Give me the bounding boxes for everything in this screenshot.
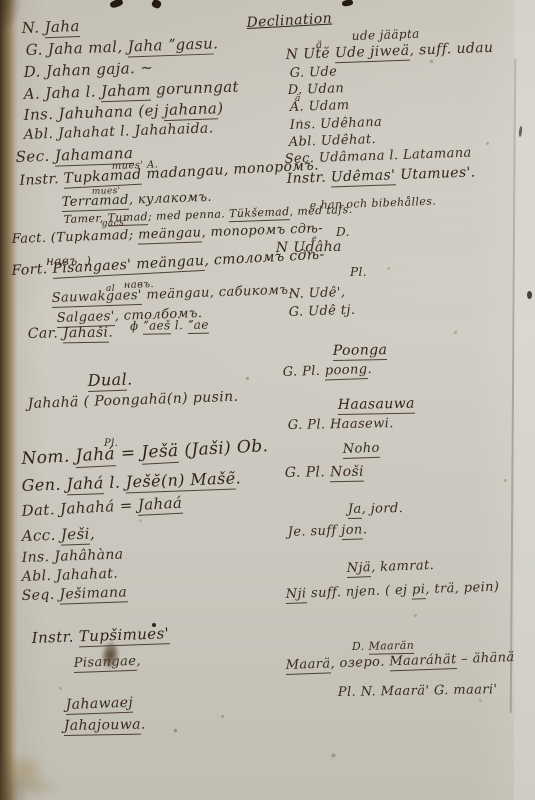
annotation: ä <box>316 40 322 51</box>
page-edge-strip <box>514 0 535 800</box>
annotation: ude jääpta <box>352 28 420 44</box>
manuscript-line: N Udâha <box>276 240 342 257</box>
book-binding-edge <box>0 0 18 800</box>
annotation: ä <box>295 95 301 105</box>
ink-dot <box>527 291 532 299</box>
manuscript-line: Noho <box>343 442 380 458</box>
manuscript-line: Je. suff jon. <box>288 523 368 540</box>
manuscript-line: Njä, kamrat. <box>347 559 435 576</box>
manuscript-line: D. <box>336 226 350 239</box>
annotation: mues' A. <box>112 159 159 172</box>
manuscript-line: Haasauwa <box>338 397 415 414</box>
manuscript-line: Seq. Ješimana <box>21 585 127 604</box>
manuscript-line: ɸ ˮaeš l. ˮae <box>130 319 209 334</box>
annotation: Pl. <box>104 438 118 449</box>
annotation: gacs' <box>102 219 128 230</box>
manuscript-line: Abl. Udêhat. <box>289 133 377 150</box>
annotation: e <box>312 235 317 244</box>
paper-stain <box>0 772 80 800</box>
manuscript-line: Jahawaej <box>65 696 133 714</box>
manuscript-line: G. Ude <box>290 65 338 81</box>
manuscript-line: G. Pl. Haasewi. <box>288 417 394 433</box>
paper-speckles <box>0 0 1 1</box>
manuscript-line: N. Jaha <box>21 18 80 37</box>
manuscript-line: Pl. N. Maarä' G. maari' <box>338 683 498 700</box>
manuscript-line: Car. Jahaši. <box>28 326 114 343</box>
manuscript-line: G. Pl. poong. <box>283 363 373 380</box>
manuscript-line: G. Udê tj. <box>289 304 356 321</box>
manuscript-line: N. Udê', <box>289 286 346 302</box>
manuscript-line: D. Maarän <box>352 640 415 653</box>
manuscript-line: Jahajouwa. <box>64 718 146 735</box>
manuscript-photo: Declination N. Jaha G. Jaha mal, Jaha ˮg… <box>0 0 535 800</box>
manuscript-line: G. Pl. Noši <box>285 465 364 482</box>
manuscript-line: Pl. <box>350 266 367 279</box>
annotation: навъ. <box>124 279 155 291</box>
annotation: al <box>106 285 115 295</box>
manuscript-line: Acc. Ješi, <box>21 525 95 544</box>
dual-heading: Dual. <box>87 370 132 389</box>
manuscript-line: Instr. Tupšimues' <box>31 625 169 646</box>
manuscript-line: Poonga <box>333 343 388 359</box>
ink-dot <box>152 623 156 627</box>
annotation: mues' <box>92 187 121 198</box>
manuscript-line: Ja, jord. <box>348 502 404 517</box>
